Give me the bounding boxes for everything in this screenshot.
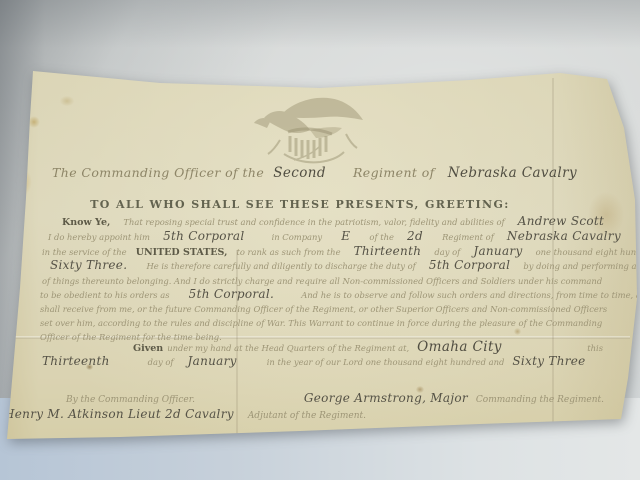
paper-stain bbox=[60, 96, 74, 106]
regiment-number-handwritten: Second bbox=[273, 165, 326, 181]
date-line: Thirteenth day of January in the year of… bbox=[42, 354, 602, 368]
photo-of-document: The Commanding Officer of the Second Reg… bbox=[0, 0, 640, 480]
commander-signature-line: By the Commanding Officer. George Armstr… bbox=[66, 391, 604, 405]
document-title-line: The Commanding Officer of the Second Reg… bbox=[52, 162, 577, 181]
closing-day-handwritten: Thirteenth bbox=[42, 354, 110, 368]
commander-signature-handwritten: George Armstrong, Major bbox=[304, 391, 468, 405]
title-printed-text: Regiment of bbox=[353, 165, 435, 180]
adjutant-signature-line: Henry M. Atkinson Lieut 2d Cavalry Adjut… bbox=[4, 407, 366, 421]
eagle-crest-icon bbox=[250, 90, 375, 172]
place-handwritten: Omaha City bbox=[417, 339, 502, 355]
closing-month-handwritten: January bbox=[188, 354, 237, 368]
paper-stain bbox=[4, 166, 32, 198]
paper-stain bbox=[28, 116, 40, 128]
by-commanding-officer-label: By the Commanding Officer. bbox=[66, 395, 195, 405]
adjutant-title-label: Adjutant of the Regiment. bbox=[248, 411, 366, 421]
commission-document: The Commanding Officer of the Second Reg… bbox=[0, 0, 640, 480]
regiment-name-handwritten: Nebraska Cavalry bbox=[448, 165, 577, 181]
closing-year-handwritten: Sixty Three bbox=[512, 354, 585, 368]
title-printed-text: The Commanding Officer of the bbox=[52, 165, 264, 180]
given-label: Given bbox=[133, 343, 163, 354]
given-line: Given under my hand at the Head Quarters… bbox=[133, 339, 603, 355]
adjutant-signature-handwritten: Henry M. Atkinson Lieut 2d Cavalry bbox=[4, 407, 234, 421]
